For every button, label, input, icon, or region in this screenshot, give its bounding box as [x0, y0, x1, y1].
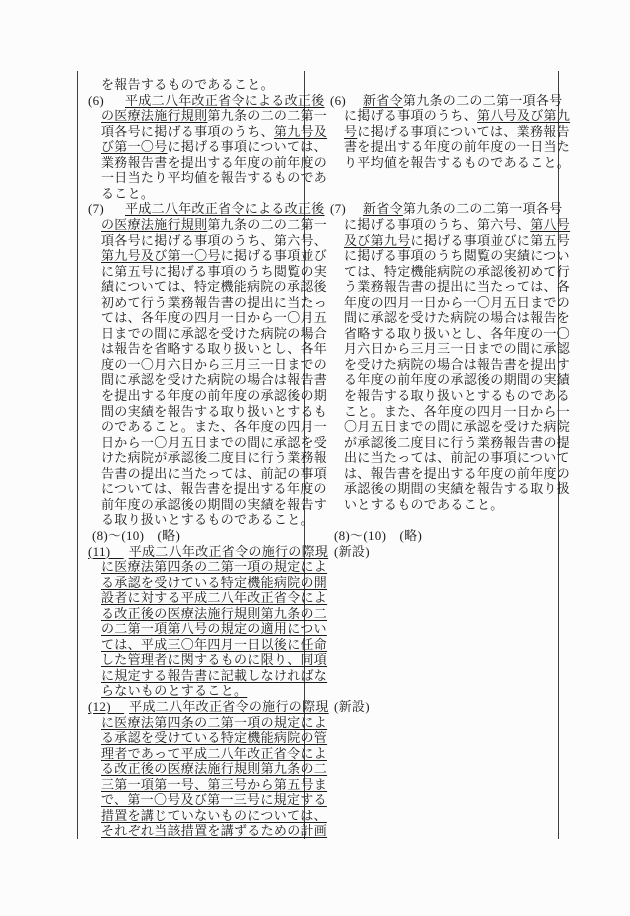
text-line: 出に当たっては、前記の事項について [344, 450, 570, 466]
text-line: 書を提出する年度の前年度の一日当た [344, 139, 570, 155]
item-number: (7) [330, 201, 363, 217]
text-line: 〇月五日までの間に承認を受けた病院 [344, 419, 570, 435]
text-line: る年度の前年度の承認後の期間の実績 [344, 372, 570, 388]
text-line: いとするものであること。 [344, 497, 504, 513]
text-line: り平均値を報告するものであること。 [344, 155, 570, 171]
text-line: (6)新省令第九条の二の二第一項各号 [330, 93, 563, 109]
text-line: 年度の四月一日から一〇月五日までの [344, 295, 570, 311]
text-line: は、報告書を提出する年度の前年度の [344, 466, 570, 482]
text-line: う業務報告書の提出に当たっては、各 [344, 279, 570, 295]
item-number: (6) [330, 93, 363, 109]
text-line: に掲げる事項のうち、第六号、第八号 [344, 217, 570, 233]
text-line: 間に承認を受けた病院の場合は報告を [344, 310, 570, 326]
right-column-former-text: (6)新省令第九条の二の二第一項各号に掲げる事項のうち、第八号及び第九号に掲げる… [0, 0, 630, 916]
text-line: を報告する取り扱いとするものである [344, 388, 570, 404]
note-line: (8)～(10) (略) [334, 528, 422, 544]
text-line: 省略する取り扱いとし、各年度の一〇 [344, 326, 570, 342]
text-line: 月六日から三月三一日までの間に承認 [344, 341, 570, 357]
text-line: 号に掲げる事項については、業務報告 [344, 124, 570, 140]
note-line: (新設) [334, 699, 370, 715]
text-line: に掲げる事項のうち閲覧の実績につい [344, 248, 570, 264]
text-line: 及び第九号に掲げる事項並びに第五号 [344, 233, 570, 249]
text-line: (7)新省令第九条の二の二第一項各号 [330, 201, 563, 217]
text-line: が承認後二度目に行う業務報告書の提 [344, 435, 570, 451]
text-line: に掲げる事項のうち、第八号及び第九 [344, 108, 570, 124]
document-page: を報告するものであること。(6)平成二八年改正省令による改正後の医療法施行規則第… [0, 0, 630, 916]
note-line: (新設) [334, 544, 370, 560]
text-line: ては、特定機能病院の承認後初めて行 [344, 264, 570, 280]
text-line: 承認後の期間の実績を報告する取り扱 [344, 481, 570, 497]
text-line: こと。また、各年度の四月一日から一 [344, 404, 570, 420]
text-line: を受けた病院の場合は報告書を提出す [344, 357, 570, 373]
